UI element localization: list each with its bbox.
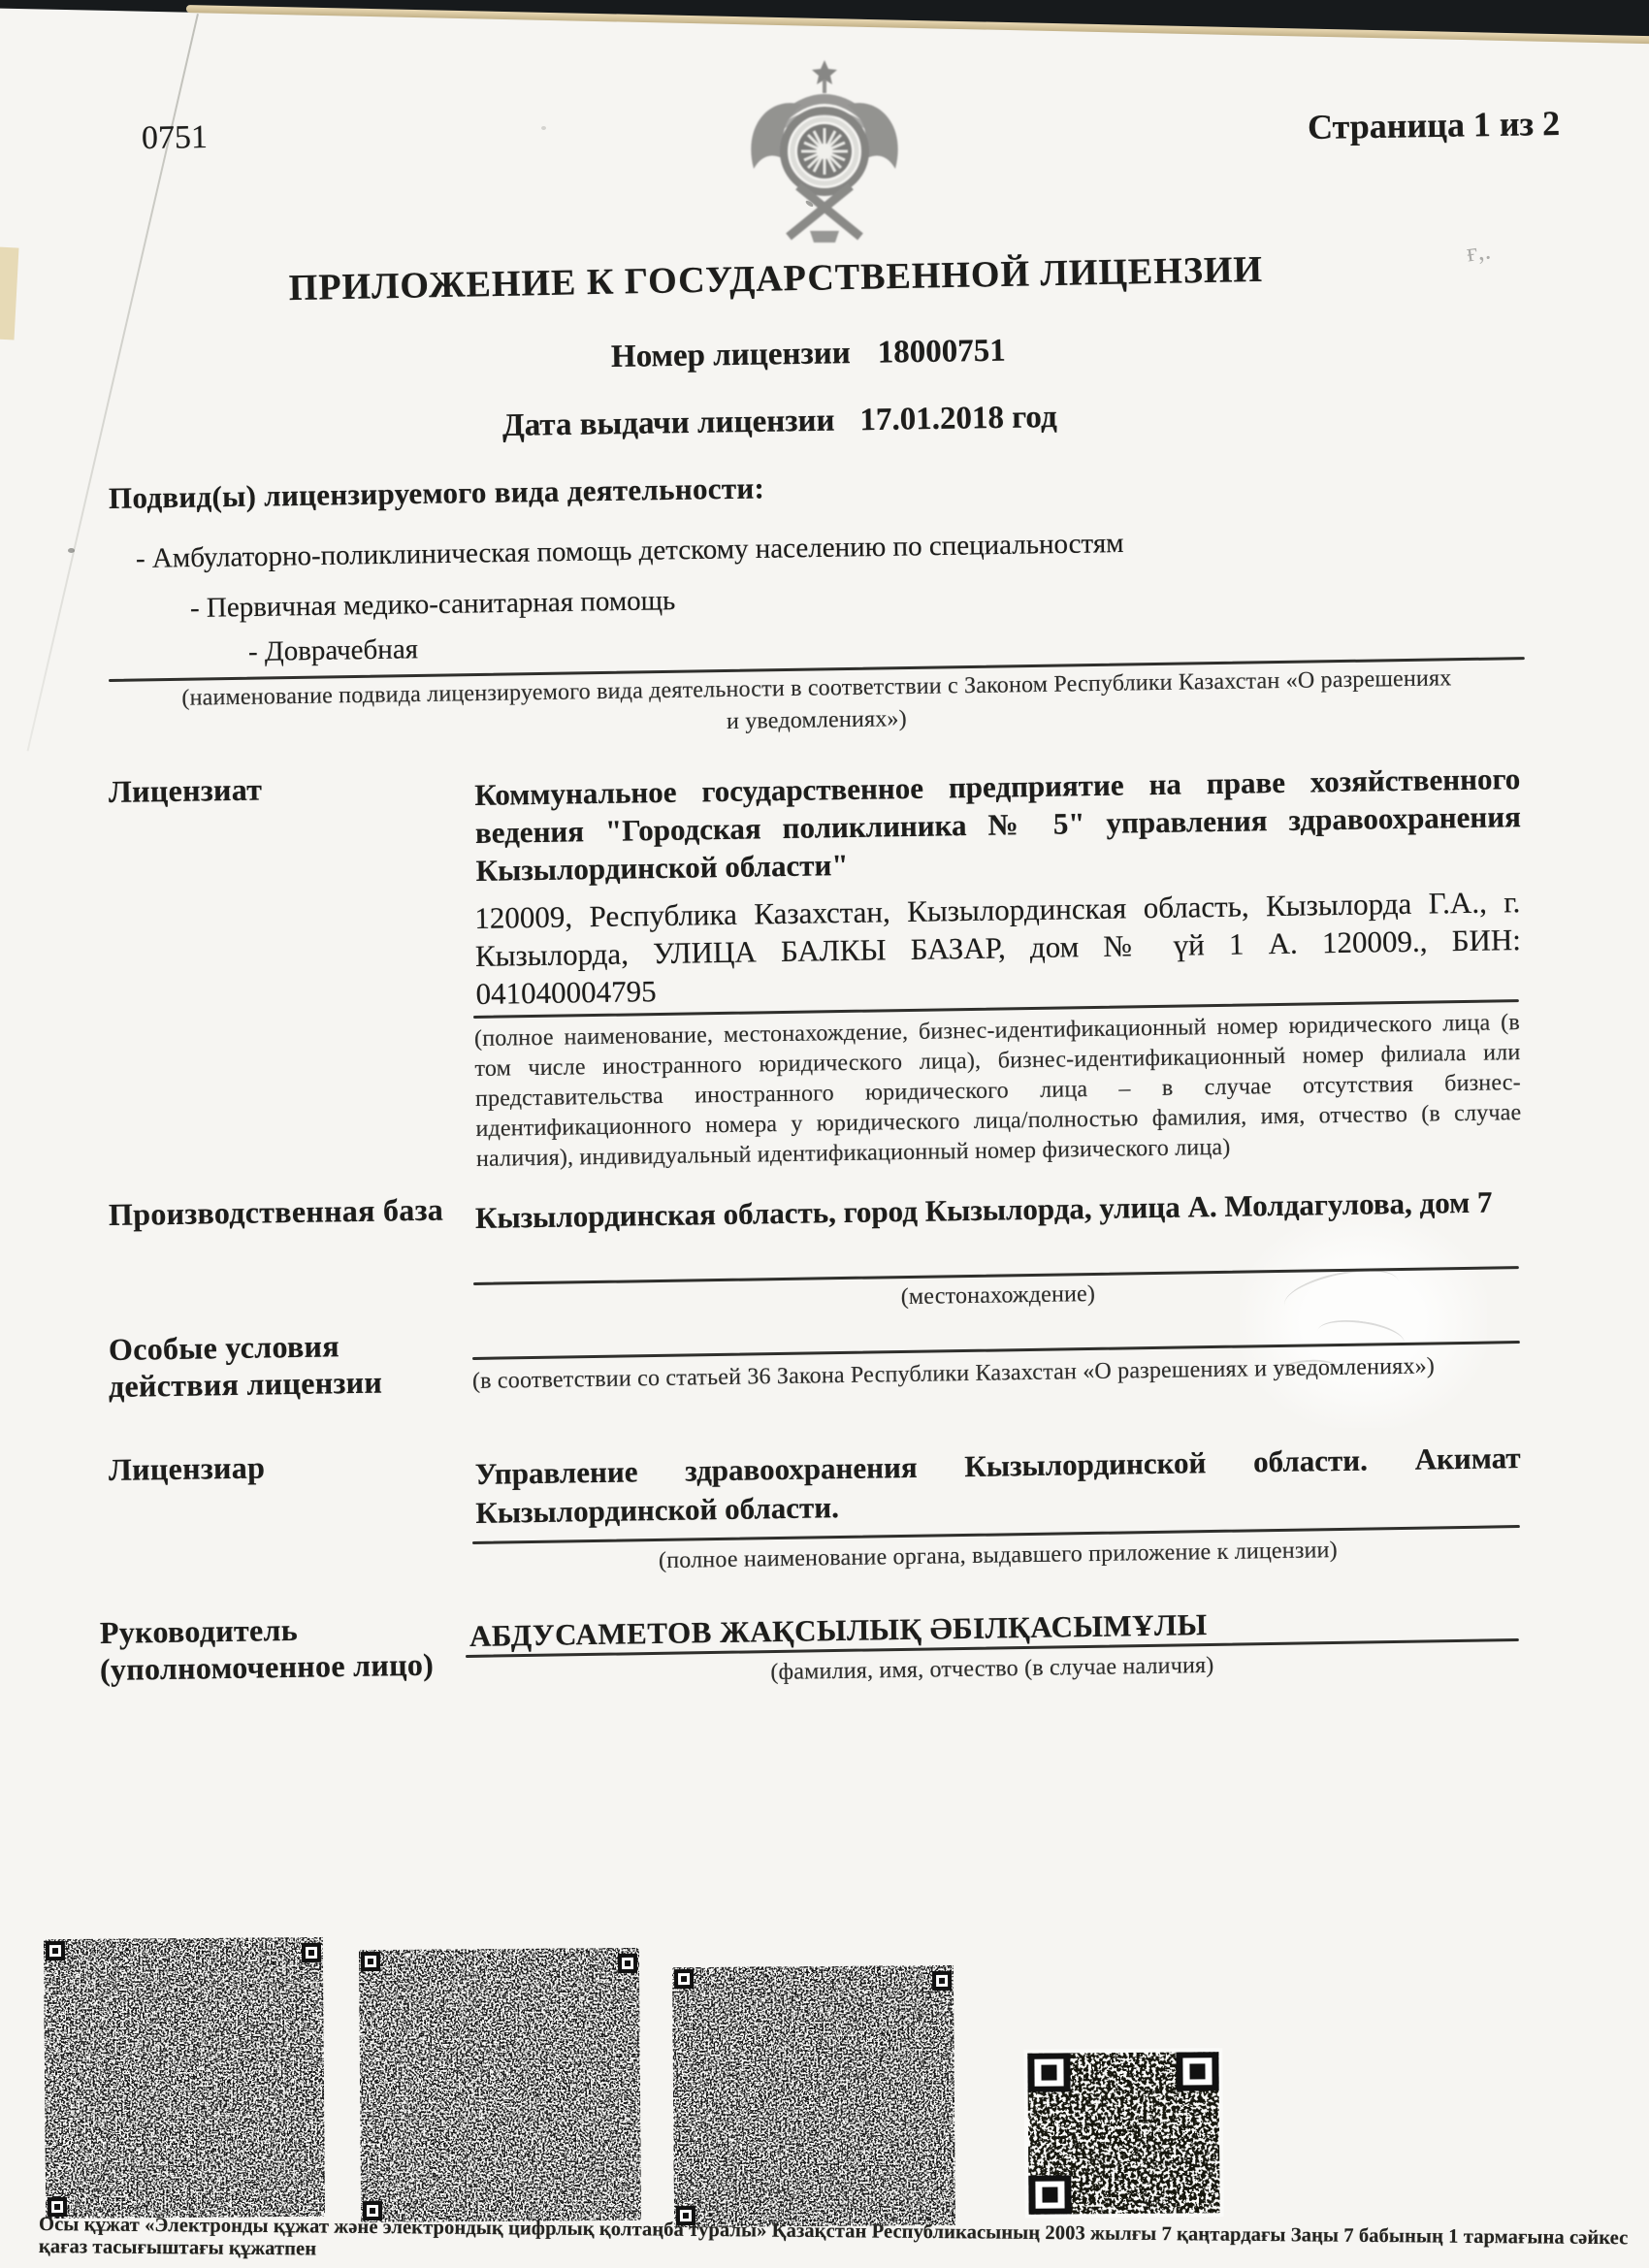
head-label: (уполномоченное лицо) <box>100 1647 435 1688</box>
corner-license-number: 0751 <box>142 119 209 157</box>
paper-edge-sliver <box>0 247 18 340</box>
subtype-item: - Первичная медико-санитарная помощь <box>190 585 676 625</box>
datamatrix-barcode-3-icon <box>672 1965 955 2227</box>
subtype-item: - Доврачебная <box>248 633 419 668</box>
licensor-label: Лицензиар <box>109 1449 266 1488</box>
production-base-label: Производственная база <box>109 1192 444 1233</box>
licensee-address: 120009, Республика Казахстан, Кызылордин… <box>474 883 1522 1013</box>
scan-speck <box>68 548 75 553</box>
document-title: ПРИЛОЖЕНИЕ К ГОСУДАРСТВЕННОЙ ЛИЦЕНЗИИ <box>242 247 1310 310</box>
subtype-item: - Амбулаторно-поликлиническая помощь дет… <box>136 528 1124 575</box>
licensee-name: Коммунальное государственное предприятие… <box>474 760 1522 890</box>
kazakhstan-emblem-icon <box>732 54 917 244</box>
issue-date-label: Дата выдачи лицензии <box>502 404 835 444</box>
special-conditions-label: действия лицензии <box>109 1365 383 1405</box>
scan-mark: ғ,. <box>1465 235 1493 268</box>
qr-code-icon <box>1023 2048 1223 2219</box>
head-label: Руководитель <box>100 1612 298 1651</box>
license-number-row: Номер лицензии 18000751 <box>611 334 1006 375</box>
licensee-label: Лицензиат <box>109 772 263 810</box>
scanned-license-page: ғ,. 0751 Страница 1 из 2 <box>0 0 1649 2268</box>
scan-smudge <box>1240 1215 1487 1428</box>
page-indicator: Страница 1 из 2 <box>1308 103 1561 147</box>
license-number-value: 18000751 <box>877 334 1006 372</box>
licensor-value: Управление здравоохранения Кызылординско… <box>474 1439 1521 1533</box>
issue-date-row: Дата выдачи лицензии 17.01.2018 год <box>502 400 1057 444</box>
scan-speck <box>541 126 546 130</box>
licensee-caption: (полное наименование, местонахождение, б… <box>474 1008 1522 1175</box>
issue-date-value: 17.01.2018 год <box>859 400 1057 438</box>
license-number-label: Номер лицензии <box>611 336 851 375</box>
special-conditions-label: Особые условия <box>109 1328 339 1368</box>
subtypes-heading: Подвид(ы) лицензируемого вида деятельнос… <box>109 470 765 516</box>
datamatrix-barcode-1-icon <box>44 1937 325 2219</box>
datamatrix-barcode-2-icon <box>359 1948 641 2222</box>
footer-legal-note: Осы құжат «Электронды құжат және электро… <box>39 2214 1639 2268</box>
